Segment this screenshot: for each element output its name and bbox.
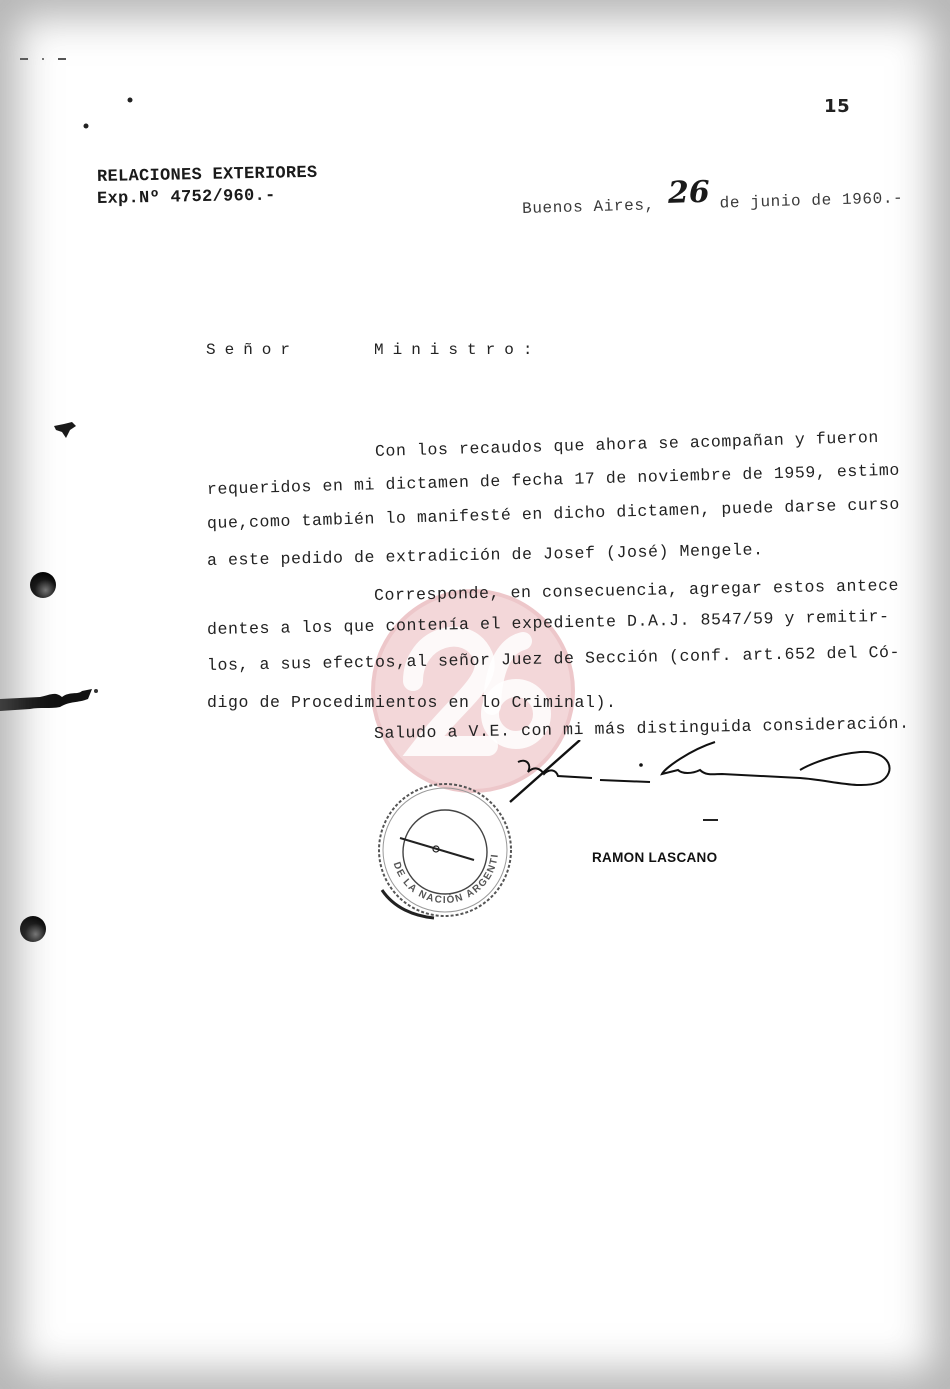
ink-speck-icon — [52, 420, 78, 442]
department-heading: RELACIONES EXTERIORES — [97, 164, 318, 187]
dateline: Buenos Aires, 26 de junio de 1960.- — [522, 175, 904, 221]
dateline-day-handwritten: 26 — [668, 175, 711, 211]
file-number: Exp.Nº 4752/960.- — [97, 187, 276, 209]
ink-speck-icon — [80, 94, 140, 134]
binder-hole-icon — [30, 572, 56, 598]
salutation-ministro: Ministro: — [374, 341, 541, 359]
scan-speck-icon — [18, 56, 78, 62]
ink-smear-icon — [0, 685, 105, 721]
body-line: Saludo a V.E. con mi más distinguida con… — [374, 714, 910, 743]
signatory-name: RAMON LASCANO — [592, 850, 717, 865]
document-page: 15 RELACIONES EXTERIORES Exp.Nº 4752/960… — [0, 0, 950, 1389]
salutation-senor: Señor — [206, 341, 299, 359]
body-line: los, a sus efectos,al señor Juez de Secc… — [207, 643, 900, 675]
body-line: digo de Procedimientos en lo Criminal). — [207, 693, 617, 712]
body-line: Con los recaudos que ahora se acompañan … — [375, 428, 879, 461]
body-line: a este pedido de extradición de Josef (J… — [207, 540, 764, 570]
body-line: dentes a los que contenía el expediente … — [207, 607, 890, 639]
body-line: requeridos en mi dictamen de fecha 17 de… — [207, 461, 900, 499]
folio-number: 15 — [824, 96, 850, 117]
dateline-rest: de junio de 1960.- — [719, 189, 903, 212]
body-line: que,como también lo manifesté en dicho d… — [207, 495, 900, 533]
binder-hole-icon — [20, 916, 46, 942]
dateline-place: Buenos Aires, — [522, 196, 655, 218]
handwritten-signature-icon — [500, 740, 900, 830]
body-line: Corresponde, en consecuencia, agregar es… — [374, 576, 899, 605]
